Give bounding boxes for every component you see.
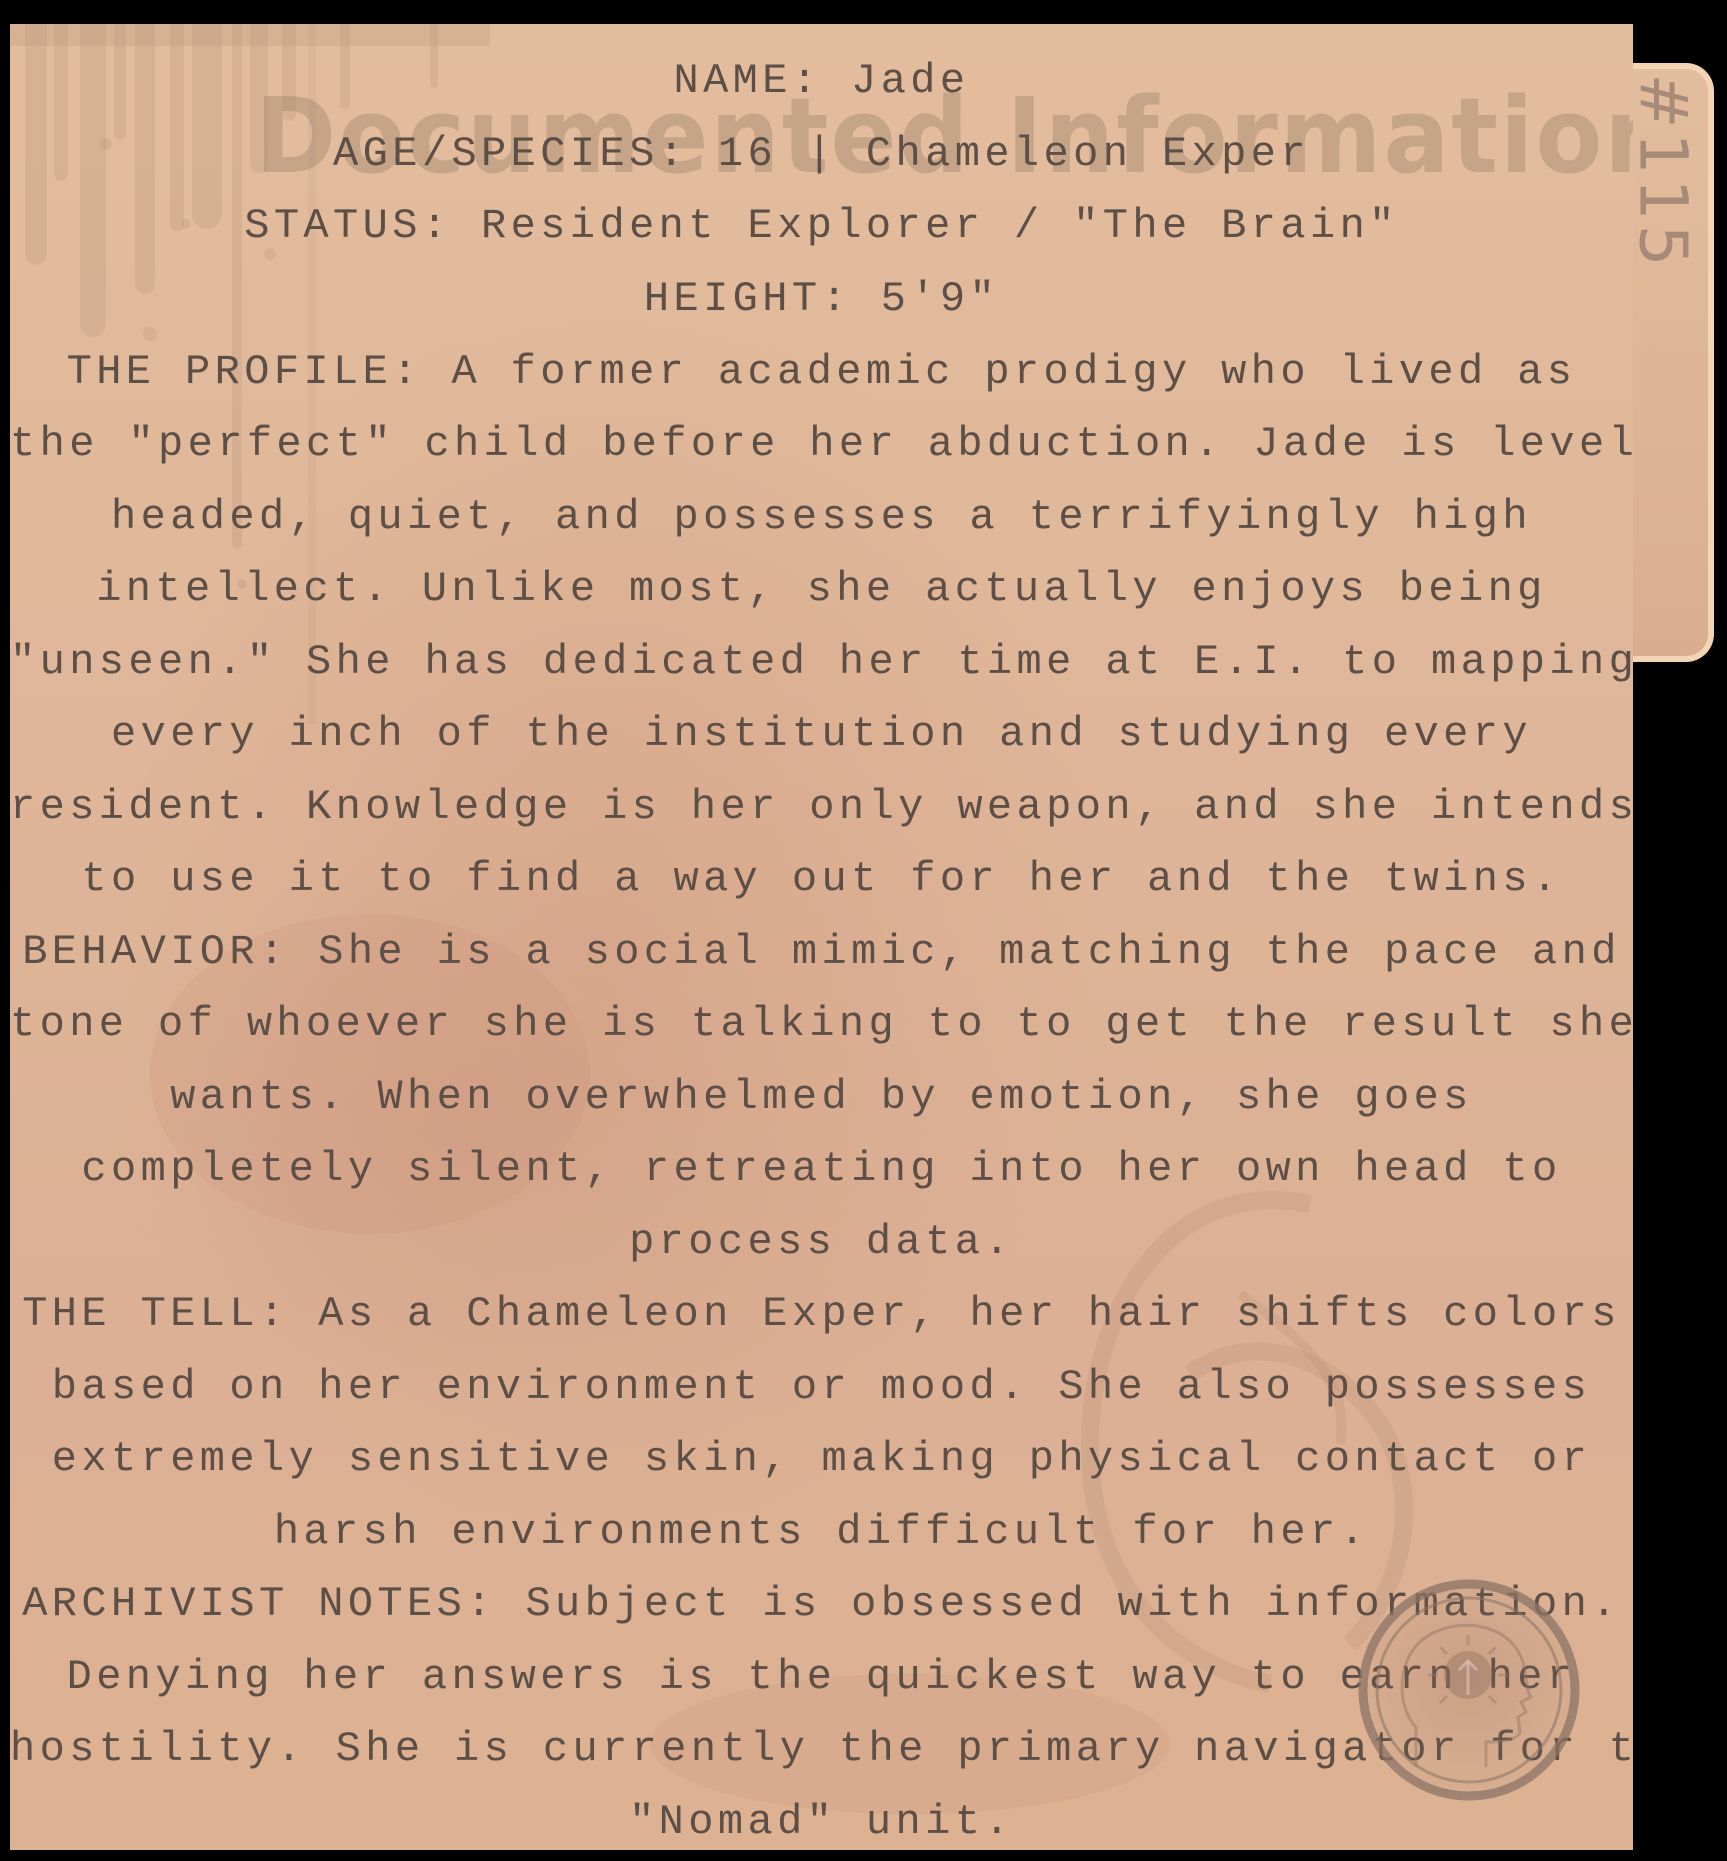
tell-line: THE TELL: As a Chameleon Exper, her hair… — [10, 1278, 1633, 1350]
tell-line: based on her environment or mood. She al… — [10, 1351, 1633, 1423]
behavior-line: process data. — [10, 1206, 1633, 1278]
profile-line: headed, quiet, and possesses a terrifyin… — [10, 481, 1633, 553]
dossier-page: Documented Information NAME: Jade AGE/SP… — [10, 24, 1633, 1850]
tell-line: harsh environments difficult for her. — [10, 1496, 1633, 1568]
status-field: STATUS: Resident Explorer / "The Brain" — [10, 190, 1633, 262]
tell-line: extremely sensitive skin, making physica… — [10, 1423, 1633, 1495]
profile-line: resident. Knowledge is her only weapon, … — [10, 771, 1633, 843]
profile-line: to use it to find a way out for her and … — [10, 843, 1633, 915]
profile-line: THE PROFILE: A former academic prodigy w… — [10, 336, 1633, 408]
file-number: #115 — [1630, 73, 1696, 270]
height-field: HEIGHT: 5'9" — [10, 263, 1633, 335]
profile-line: the "perfect" child before her abduction… — [10, 408, 1633, 480]
behavior-line: BEHAVIOR: She is a social mimic, matchin… — [10, 916, 1633, 988]
head-lightbulb-stamp-icon — [1356, 1577, 1582, 1803]
behavior-line: wants. When overwhelmed by emotion, she … — [10, 1061, 1633, 1133]
name-field: NAME: Jade — [10, 45, 1633, 117]
profile-line: every inch of the institution and studyi… — [10, 698, 1633, 770]
age-species-field: AGE/SPECIES: 16 | Chameleon Exper — [10, 118, 1633, 190]
behavior-line: tone of whoever she is talking to to get… — [10, 988, 1633, 1060]
behavior-line: completely silent, retreating into her o… — [10, 1133, 1633, 1205]
profile-line: intellect. Unlike most, she actually enj… — [10, 553, 1633, 625]
profile-line: "unseen." She has dedicated her time at … — [10, 626, 1633, 698]
file-number-tab-label: #115 — [1630, 72, 1696, 272]
